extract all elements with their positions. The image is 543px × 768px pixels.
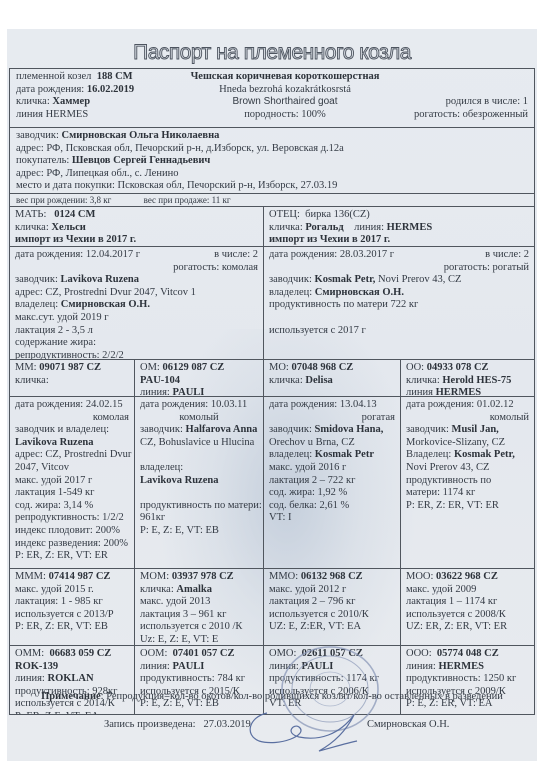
buck-line-line: линия HERMES xyxy=(16,109,134,122)
buck-id-line: племенной козел 188 CM xyxy=(16,71,134,84)
buyer-address: адрес: РФ, Липецкая обл., с. Ленино xyxy=(16,168,528,181)
breed-ru: Чешская коричневая короткошерстная xyxy=(191,71,380,82)
breed-en: Brown Shorthaired goat xyxy=(160,96,410,109)
grandparent-details: дата рождения: 24.02.15комолаязаводчик и… xyxy=(9,396,135,569)
grandparent-details: дата рождения: 01.02.12комолыйзаводчик: … xyxy=(400,396,535,569)
passport-page: Паспорт на племенного козла племенной ко… xyxy=(7,29,537,761)
sale-weight: вес при продаже: 11 кг xyxy=(144,195,231,205)
buck-dob-line: дата рождения: 16.02.2019 xyxy=(16,84,134,97)
animal-header: племенной козел 188 CM дата рождения: 16… xyxy=(9,68,535,128)
grandparent-details: дата рождения: 10.03.11комолыйзаводчик: … xyxy=(134,396,264,569)
record-date: Запись произведена: 27.03.2019 xyxy=(104,719,251,730)
grandparent-header: МО: 07048 968 CZкличка: Delisa xyxy=(263,359,401,397)
great-grandparent-cell: МОМ: 03937 978 CZкличка: Amalkaмакс. удо… xyxy=(134,568,264,646)
footnote: Примечание: Репродукция=кол-во окотов/ко… xyxy=(7,691,537,702)
grandparent-header: ОО: 04933 078 CZкличка: Herold HES-75лин… xyxy=(400,359,535,397)
purity: породность: 100% xyxy=(160,109,410,122)
litter-size: родился в числе: 1 xyxy=(414,96,528,109)
great-grandparent-cell: ООО: 05774 048 CZлиния: HERMESпродуктивн… xyxy=(400,645,535,715)
buck-name-line: кличка: Хаммер xyxy=(16,96,134,109)
father-header: ОТЕЦ: бирка 136(CZ) кличка: Рогальд лини… xyxy=(263,206,535,247)
weights: вес при рождении: 3,8 кг вес при продаже… xyxy=(9,193,535,207)
signer-name: Смирновская О.Н. xyxy=(367,719,449,730)
grandparent-header: ММ: 09071 987 CZкличка: xyxy=(9,359,135,397)
breeder-line: заводчик: Смирновская Ольга Николаевна xyxy=(16,130,528,143)
breeder-address: адрес: РФ, Псковская обл, Печорский р-н,… xyxy=(16,143,528,156)
signature-icon xyxy=(239,705,369,755)
great-grandparent-cell: ММО: 06132 968 CZмакс. удой 2012 глактац… xyxy=(263,568,401,646)
father-details: дата рождения: 28.03.2017 гв числе: 2 ро… xyxy=(263,246,535,360)
great-grandparent-cell: МОО: 03622 968 CZмакс. удой 2009лактация… xyxy=(400,568,535,646)
grandparent-details: дата рождения: 13.04.13рогатаязаводчик: … xyxy=(263,396,401,569)
birth-weight: вес при рождении: 3,8 кг xyxy=(16,195,111,205)
great-grandparent-cell: ОММ: 06683 059 CZROK-139линия: ROKLANпро… xyxy=(9,645,135,715)
mother-details: дата рождения: 12.04.2017 гв числе: 2 ро… xyxy=(9,246,264,360)
page-title: Паспорт на племенного козла xyxy=(7,41,537,65)
owner-info: заводчик: Смирновская Ольга Николаевна а… xyxy=(9,127,535,194)
breed-cz: Hneda bezrohá kozakrátkosrstá xyxy=(160,84,410,97)
mother-header: МАТЬ: 0124 CM кличка: Хельси импорт из Ч… xyxy=(9,206,264,247)
purchase-info: место и дата покупки: Псковская обл, Печ… xyxy=(16,180,528,193)
horn-status: рогатость: обезроженный xyxy=(414,109,528,122)
great-grandparent-cell: МММ: 07414 987 CZмакс. удой 2015 г.лакта… xyxy=(9,568,135,646)
buyer-line: покупатель: Шевцов Сергей Геннадьевич xyxy=(16,155,528,168)
grandparent-header: ОМ: 06129 087 CZPAU-104линия: PAULI xyxy=(134,359,264,397)
